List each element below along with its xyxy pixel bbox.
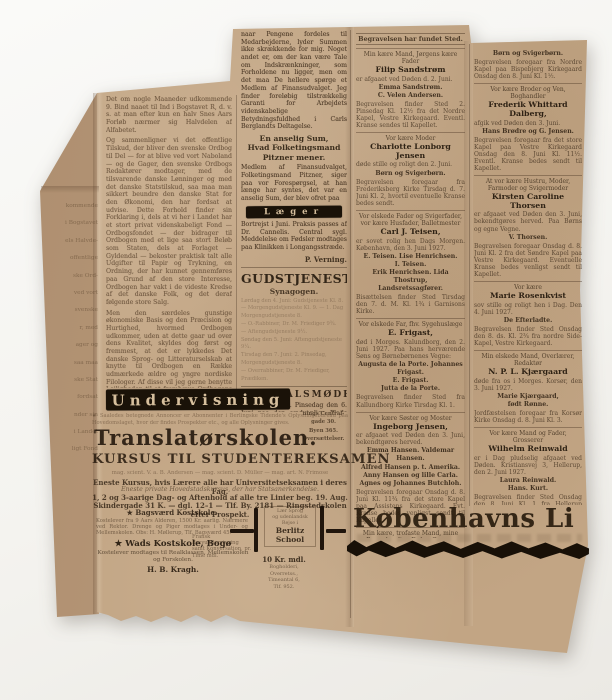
notice-intro: At vor kære Hustru, Moder, Farmoder og S… bbox=[474, 178, 582, 192]
notice-signatures: Augusta de la Porte. Johannes Frigast. E… bbox=[356, 361, 465, 393]
notice-footer: Begravelsen finder Sted Onsdag den 8. ds… bbox=[474, 326, 582, 347]
berlitz-ad-text: Lær Sprog og udenlandsk Rejse i bbox=[266, 509, 314, 527]
notice-body: sov stille og roligt hen i Dag. Den 4. J… bbox=[474, 302, 582, 316]
death-notice-rosenkvist: Vor kære Marie Rosenkvist sov stille og … bbox=[474, 281, 582, 347]
notice-signatures: De Efterladte. bbox=[474, 317, 582, 325]
bookkeeping-ad-text: Bogholderi, Overretss., Timeantal 6, Tlf… bbox=[260, 564, 308, 590]
article-paragraph: Men den særdeles gunstige økonomiske Bas… bbox=[106, 310, 232, 388]
notice-signatures: Marie Kjærgaard, født Rønne. bbox=[474, 393, 582, 409]
notice-body: døde stille og roligt den 2. Juni. bbox=[356, 161, 465, 168]
death-notice-dalberg: Vor kære Broder og Ven, Boghandler Frede… bbox=[474, 83, 582, 172]
notice-body: død i Morges. Kalundborg, den 2. Juni 19… bbox=[356, 339, 465, 360]
student-exam-course-title: KURSUS TIL STUDENTEREKSAMEN bbox=[92, 452, 348, 467]
notice-signatures: Emma Sandstrøm. C. Velen Andersen. bbox=[356, 84, 465, 100]
obituary-column-right: Børn og Svigerbørn. Begravelsen foregaar… bbox=[474, 47, 582, 505]
notice-signatures: Børn og Svigerbørn. bbox=[356, 170, 465, 178]
death-notice-kjaergaard: Min elskede Mand, Overlærer, Redaktør N.… bbox=[474, 350, 582, 424]
berlitz-name2: School bbox=[266, 536, 314, 545]
middle-column: naar Pengene fordeles til Medarbejderne,… bbox=[241, 31, 347, 412]
laeger-banner-label: Læger bbox=[264, 207, 324, 217]
bookkeeping-ad-price: 10 Kr. mdl. bbox=[260, 555, 308, 564]
folded-edge-text-fragments: kommende i Bogstavet els Halvde- offentl… bbox=[48, 198, 98, 459]
notice-footer: Begravelsen finder Sted fra Kallundborg … bbox=[356, 394, 465, 408]
article-paragraph: Det om nogle Maaneder udkommende 9. Bind… bbox=[106, 96, 232, 134]
ad-divider-rule bbox=[254, 508, 258, 552]
deceased-name: N. P. L. Kjærgaard bbox=[474, 368, 582, 377]
bagsvaerd-ad-title: ★ Bagsværd Kostskole. bbox=[96, 508, 248, 517]
undervisning-banner: Undervisning bbox=[106, 389, 290, 411]
notice-signatures: V. Thorsen. bbox=[474, 234, 582, 242]
deceased-name: Carl J. Teisen, bbox=[356, 228, 465, 237]
doctor-away-notice: Bortrejst i Juni. Praksis passes af Dr. … bbox=[241, 221, 347, 252]
death-notice-lonborg-jensen: Vor kære Moder Charlotte Lonborg Jensen … bbox=[356, 132, 465, 207]
notice-intro: Vor kære Mand og Fader, Grosserer bbox=[474, 430, 582, 444]
column-rule bbox=[469, 44, 470, 506]
notice-signatures: Emma Hansen. Valdemar Hansen. Alfred Han… bbox=[356, 447, 465, 487]
notice-signatures: E. Teisen. Lise Henrichsen. I. Teisen. E… bbox=[356, 253, 465, 293]
notice-intro: Min kære Mand, Jørgens kære Fader bbox=[356, 51, 465, 65]
ad-divider-rule bbox=[326, 529, 346, 533]
notice-body: døde fra os i Morges. Korsør, den 3. Jun… bbox=[474, 378, 582, 392]
death-notice-sandstrom: Min kære Mand, Jørgens kære Fader Filip … bbox=[356, 48, 465, 129]
death-notice-frigast: Vor elskede Far, fhv. Sygehuslæge E. Fri… bbox=[356, 318, 465, 408]
notice-signatures: Børn og Svigerbørn. bbox=[474, 50, 582, 58]
koebenhavns-headline: Københavns Li bbox=[353, 504, 587, 534]
notice-body: er afgaaet ved Døden den 3. Juni, bekend… bbox=[474, 211, 582, 232]
notice-intro: Vor elskede Far, fhv. Sygehuslæge bbox=[356, 321, 465, 328]
synagogue-subtitle: Synagogen. bbox=[241, 287, 347, 296]
notice-intro: Vor kære bbox=[474, 284, 582, 291]
notice-footer: Jordfæstelsen foregaar fra Korsør Kirke … bbox=[474, 410, 582, 424]
laeger-section-banner: Læger bbox=[246, 205, 342, 218]
deceased-name: Marie Rosenkvist bbox=[474, 292, 582, 301]
teachers-line: mag. scient. V. a. B. Andersen — mag. sc… bbox=[92, 470, 348, 476]
notice-footer: Begravelsen foregaar fra det store Kapel… bbox=[474, 137, 582, 172]
faded-text-smudge bbox=[357, 534, 582, 542]
heading-line1: En anselig Sum, bbox=[260, 134, 329, 143]
article-paragraph: naar Pengene fordeles til Medarbejderne,… bbox=[241, 31, 347, 131]
wads-boarding-school-ad: ★ Wads Kostskole, Bogø Kostelever modtag… bbox=[94, 539, 252, 574]
wads-ad-title: ★ Wads Kostskole, Bogø bbox=[94, 539, 252, 549]
notice-intro: Vor kære Søster og Moster bbox=[356, 415, 465, 422]
notice-body: er afgaaet ved Døden den 3. Juni, bekend… bbox=[356, 432, 465, 446]
notice-body: afgik ved Døden den 3. Juni. bbox=[474, 120, 582, 127]
notice-footer: Begravelsen foregaar fra Nordre Kapel pa… bbox=[474, 59, 582, 80]
article-paragraph: Medlem af Finansudvalget, Folketingsmand… bbox=[241, 164, 347, 202]
burial-took-place-line: Begravelsen har fundet Sted. bbox=[356, 33, 465, 45]
notice-body: er sovet rolig hen Dags Morgen. Københav… bbox=[356, 238, 465, 252]
article-paragraph: Og sammenligner vi det offentlige Tilsku… bbox=[106, 137, 232, 306]
church-services-title: GUDSTJENESTER. bbox=[241, 271, 347, 286]
deceased-name: Wilhelm Reinwald bbox=[474, 445, 582, 454]
article-column-dictionary: Det om nogle Maaneder udkommende 9. Bind… bbox=[106, 96, 232, 388]
education-ads-block: Undervisning ★ Saaledes betegnede Annonc… bbox=[92, 389, 348, 615]
course-claim-line: Eneste private Hovedstadskursus, der har… bbox=[92, 486, 348, 493]
undervisning-banner-label: Undervisning bbox=[112, 390, 285, 409]
death-notice-thorsen: At vor kære Hustru, Moder, Farmoder og S… bbox=[474, 175, 582, 278]
deceased-name: Filip Sandstrøm bbox=[356, 66, 465, 75]
notice-footer: Bisættelsen finder Sted Tirsdag den 7. d… bbox=[356, 294, 465, 315]
obituary-column-left: Begravelsen har fundet Sted. Min kære Ma… bbox=[356, 33, 465, 538]
doctor-signature: P. Verning. bbox=[241, 255, 347, 264]
article-heading: En anselig Sum, Hvad Folketingsmand Pitz… bbox=[241, 134, 347, 162]
deceased-name: Kirsten Caroline Thorsen bbox=[474, 193, 582, 210]
bookkeeping-course-ad: 10 Kr. mdl. Bogholderi, Overretss., Time… bbox=[260, 555, 308, 590]
notice-signatures: Hans Brødre og G. Jensen. bbox=[474, 128, 582, 136]
translator-school-title: Translatørskolen. bbox=[94, 425, 318, 450]
wads-ad-signature: H. B. Kragh. bbox=[94, 565, 252, 574]
deceased-name: E. Frigast, bbox=[356, 329, 465, 338]
deceased-name: Charlotte Lonborg Jensen bbox=[356, 143, 465, 160]
ad-divider-rule bbox=[230, 529, 254, 533]
death-notice-teisen: Vor elskede Fader og Svigerfader, vor kæ… bbox=[356, 210, 465, 315]
service-schedule: Lørdag den 4. Juni: Gudstjeneste Kl. 8. … bbox=[241, 298, 347, 384]
column-rule bbox=[236, 95, 237, 390]
bagsvaerd-boarding-school-ad: ★ Bagsværd Kostskole. Kostelever fra 9 A… bbox=[96, 508, 248, 537]
deceased-name: Ingeborg Jensen, bbox=[356, 423, 465, 432]
ad-divider-rule bbox=[320, 506, 324, 550]
heading-line2: Hvad Folketingsmand Pitzner mener. bbox=[248, 143, 341, 161]
notice-intro: Vor elskede Fader og Svigerfader, vor kæ… bbox=[356, 213, 465, 227]
death-notice-bispebjerg: Børn og Svigerbørn. Begravelsen foregaar… bbox=[474, 47, 582, 80]
death-notice-reinwald: Vor kære Mand og Fader, Grosserer Wilhel… bbox=[474, 427, 582, 505]
berlitz-school-ad: Lær Sprog og udenlandsk Rejse i Berlitz … bbox=[264, 506, 316, 547]
notice-footer: Begravelsen foregaar Onsdag d. 8. Juni K… bbox=[474, 243, 582, 278]
newspaper-photo: kommende i Bogstavet els Halvde- offentl… bbox=[0, 0, 612, 700]
church-services-section: GUDSTJENESTER. Synagogen. Lørdag den 4. … bbox=[241, 267, 347, 384]
notice-footer: Begravelsen finder Sted 2. Pinsedag Kl. … bbox=[356, 101, 465, 129]
notice-signatures: Laura Reinwald. Hans. Kurt. bbox=[474, 477, 582, 493]
notice-body: er i Dag pludselig afgaaet ved Døden. Kr… bbox=[474, 455, 582, 476]
notice-intro: Vor kære Broder og Ven, Boghandler bbox=[474, 86, 582, 100]
notice-body: er afgaaet ved Døden d. 2. Juni. bbox=[356, 76, 465, 83]
column-rule bbox=[350, 30, 351, 618]
notice-intro: Vor kære Moder bbox=[356, 135, 465, 142]
deceased-name: Frederik Whittard Dalberg, bbox=[474, 101, 582, 118]
notice-footer: Begravelsen foregaar fra Frederiksberg K… bbox=[356, 179, 465, 207]
notice-intro: Min elskede Mand, Overlærer, Redaktør bbox=[474, 353, 582, 367]
wads-ad-text: Kostelever modtages til Realklassen, Mel… bbox=[94, 550, 252, 564]
